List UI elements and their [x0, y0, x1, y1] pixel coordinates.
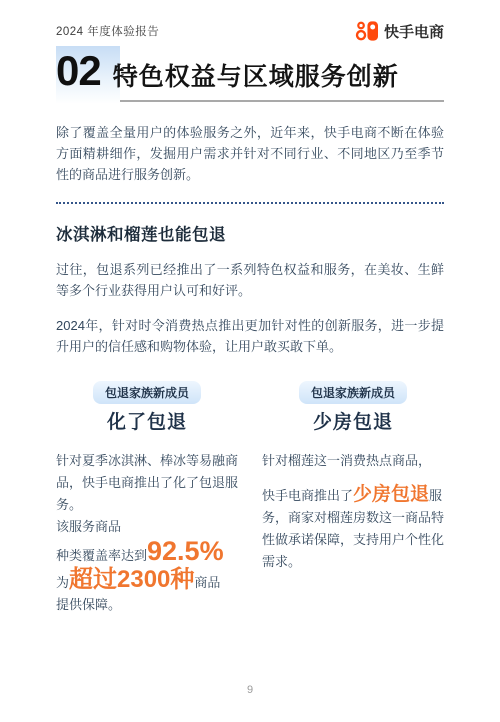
left-stat-count: 为超过2300种商品 [56, 569, 238, 594]
column-shaofangbaotui: 包退家族新成员 少房包退 针对榴莲这一消费热点商品， 快手电商推出了少房包退服务… [262, 381, 444, 616]
chapter-title-block: 02 特色权益与区域服务创新 [0, 48, 500, 94]
column-left-title: 化了包退 [56, 407, 238, 434]
right-body-highlight: 少房包退 [353, 484, 429, 505]
left-body-text-2: 该服务商品 [56, 516, 238, 538]
benefit-columns: 包退家族新成员 化了包退 针对夏季冰淇淋、棒冰等易融商品，快手电商推出了化了包退… [56, 381, 444, 616]
section-heading: 冰淇淋和榴莲也能包退 [56, 221, 444, 245]
left-stat1-prefix: 种类覆盖率达到 [56, 548, 147, 563]
report-page: 2024 年度体验报告 快手电商 02 特色权益与区域服务创新 除了覆盖全量用户… [0, 0, 500, 722]
left-stat2-prefix: 为 [56, 575, 69, 590]
section-paragraph-1: 过往，包退系列已经推出了一系列特色权益和服务，在美妆、生鲜等多个行业获得用户认可… [56, 259, 444, 301]
brand-name: 快手电商 [384, 21, 444, 42]
page-header: 2024 年度体验报告 快手电商 [0, 0, 500, 42]
page-number: 9 [0, 684, 500, 696]
dotted-divider [56, 202, 444, 204]
intro-paragraph: 除了覆盖全量用户的体验服务之外，近年来，快手电商不断在体验方面精耕细作，发掘用户… [56, 122, 444, 185]
column-left-body: 针对夏季冰淇淋、棒冰等易融商品，快手电商推出了化了包退服务。 该服务商品 种类覆… [56, 450, 238, 616]
right-body-lead: 针对榴莲这一消费热点商品， [262, 450, 444, 472]
left-body-text-3: 提供保障。 [56, 594, 238, 616]
badge-right: 包退家族新成员 [299, 381, 407, 404]
right-body-prefix: 快手电商推出了 [262, 488, 353, 503]
left-body-text-1: 针对夏季冰淇淋、棒冰等易融商品，快手电商推出了化了包退服务。 [56, 450, 238, 516]
column-right-body: 针对榴莲这一消费热点商品， 快手电商推出了少房包退服务，商家对榴莲房数这一商品特… [262, 450, 444, 573]
brand-lockup: 快手电商 [355, 20, 444, 42]
section-paragraph-2: 2024年，针对时令消费热点推出更加针对性的创新服务，进一步提升用户的信任感和购… [56, 315, 444, 357]
column-right-title: 少房包退 [262, 407, 444, 434]
chapter-title: 特色权益与区域服务创新 [113, 57, 399, 93]
left-stat1-value: 92.5% [147, 536, 224, 566]
chapter-number: 02 [56, 48, 101, 94]
badge-left: 包退家族新成员 [93, 381, 201, 404]
left-stat2-value: 超过2300种 [69, 566, 194, 593]
column-hualebaotui: 包退家族新成员 化了包退 针对夏季冰淇淋、棒冰等易融商品，快手电商推出了化了包退… [56, 381, 238, 616]
left-stat-coverage: 种类覆盖率达到92.5% [56, 540, 238, 567]
left-stat2-suffix: 商品 [194, 575, 220, 590]
right-body-main: 快手电商推出了少房包退服务，商家对榴莲房数这一商品特性做承诺保障，支持用户个性化… [262, 484, 444, 573]
kuaishou-logo-icon [355, 20, 379, 42]
report-label: 2024 年度体验报告 [56, 23, 159, 39]
